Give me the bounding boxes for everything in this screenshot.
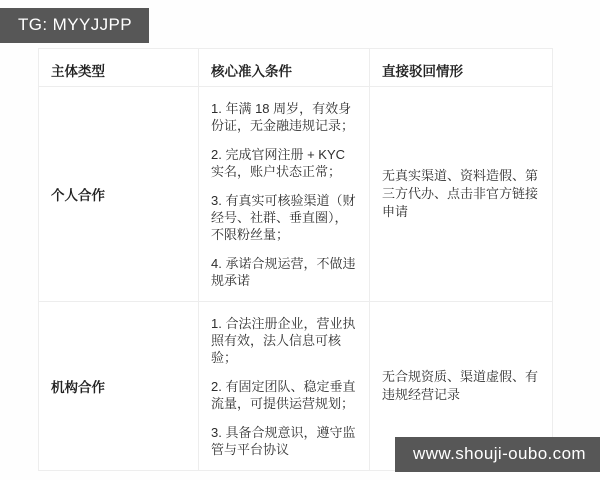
condition-item: 4. 承诺合规运营，不做违规承诺 bbox=[211, 255, 357, 289]
conditions-individual: 1. 年满 18 周岁，有效身份证，无金融违规记录； 2. 完成官网注册 + K… bbox=[199, 87, 370, 302]
header-rejection-cases: 直接驳回情形 bbox=[370, 49, 553, 87]
subject-type-organization: 机构合作 bbox=[39, 302, 199, 471]
rejection-text: 无合规资质、渠道虚假、有违规经营记录 bbox=[382, 368, 542, 404]
rejection-individual: 无真实渠道、资料造假、第三方代办、点击非官方链接申请 bbox=[370, 87, 553, 302]
website-watermark: www.shouji-oubo.com bbox=[395, 437, 600, 472]
condition-item: 3. 有真实可核验渠道（财经号、社群、垂直圈），不限粉丝量； bbox=[211, 192, 357, 243]
condition-item: 2. 完成官网注册 + KYC 实名，账户状态正常； bbox=[211, 146, 357, 180]
header-core-conditions: 核心准入条件 bbox=[199, 49, 370, 87]
admission-criteria-table: 主体类型 核心准入条件 直接驳回情形 个人合作 1. 年满 18 周岁，有效身份… bbox=[38, 48, 553, 471]
rejection-text: 无真实渠道、资料造假、第三方代办、点击非官方链接申请 bbox=[382, 167, 542, 221]
condition-item: 1. 合法注册企业，营业执照有效，法人信息可核验； bbox=[211, 315, 357, 366]
condition-item: 3. 具备合规意识，遵守监管与平台协议 bbox=[211, 424, 357, 458]
telegram-watermark: TG: MYYJJPP bbox=[0, 8, 149, 43]
conditions-organization: 1. 合法注册企业，营业执照有效，法人信息可核验； 2. 有固定团队、稳定垂直流… bbox=[199, 302, 370, 471]
header-subject-type: 主体类型 bbox=[39, 49, 199, 87]
condition-item: 1. 年满 18 周岁，有效身份证，无金融违规记录； bbox=[211, 100, 357, 134]
subject-type-individual: 个人合作 bbox=[39, 87, 199, 302]
condition-item: 2. 有固定团队、稳定垂直流量，可提供运营规划； bbox=[211, 378, 357, 412]
